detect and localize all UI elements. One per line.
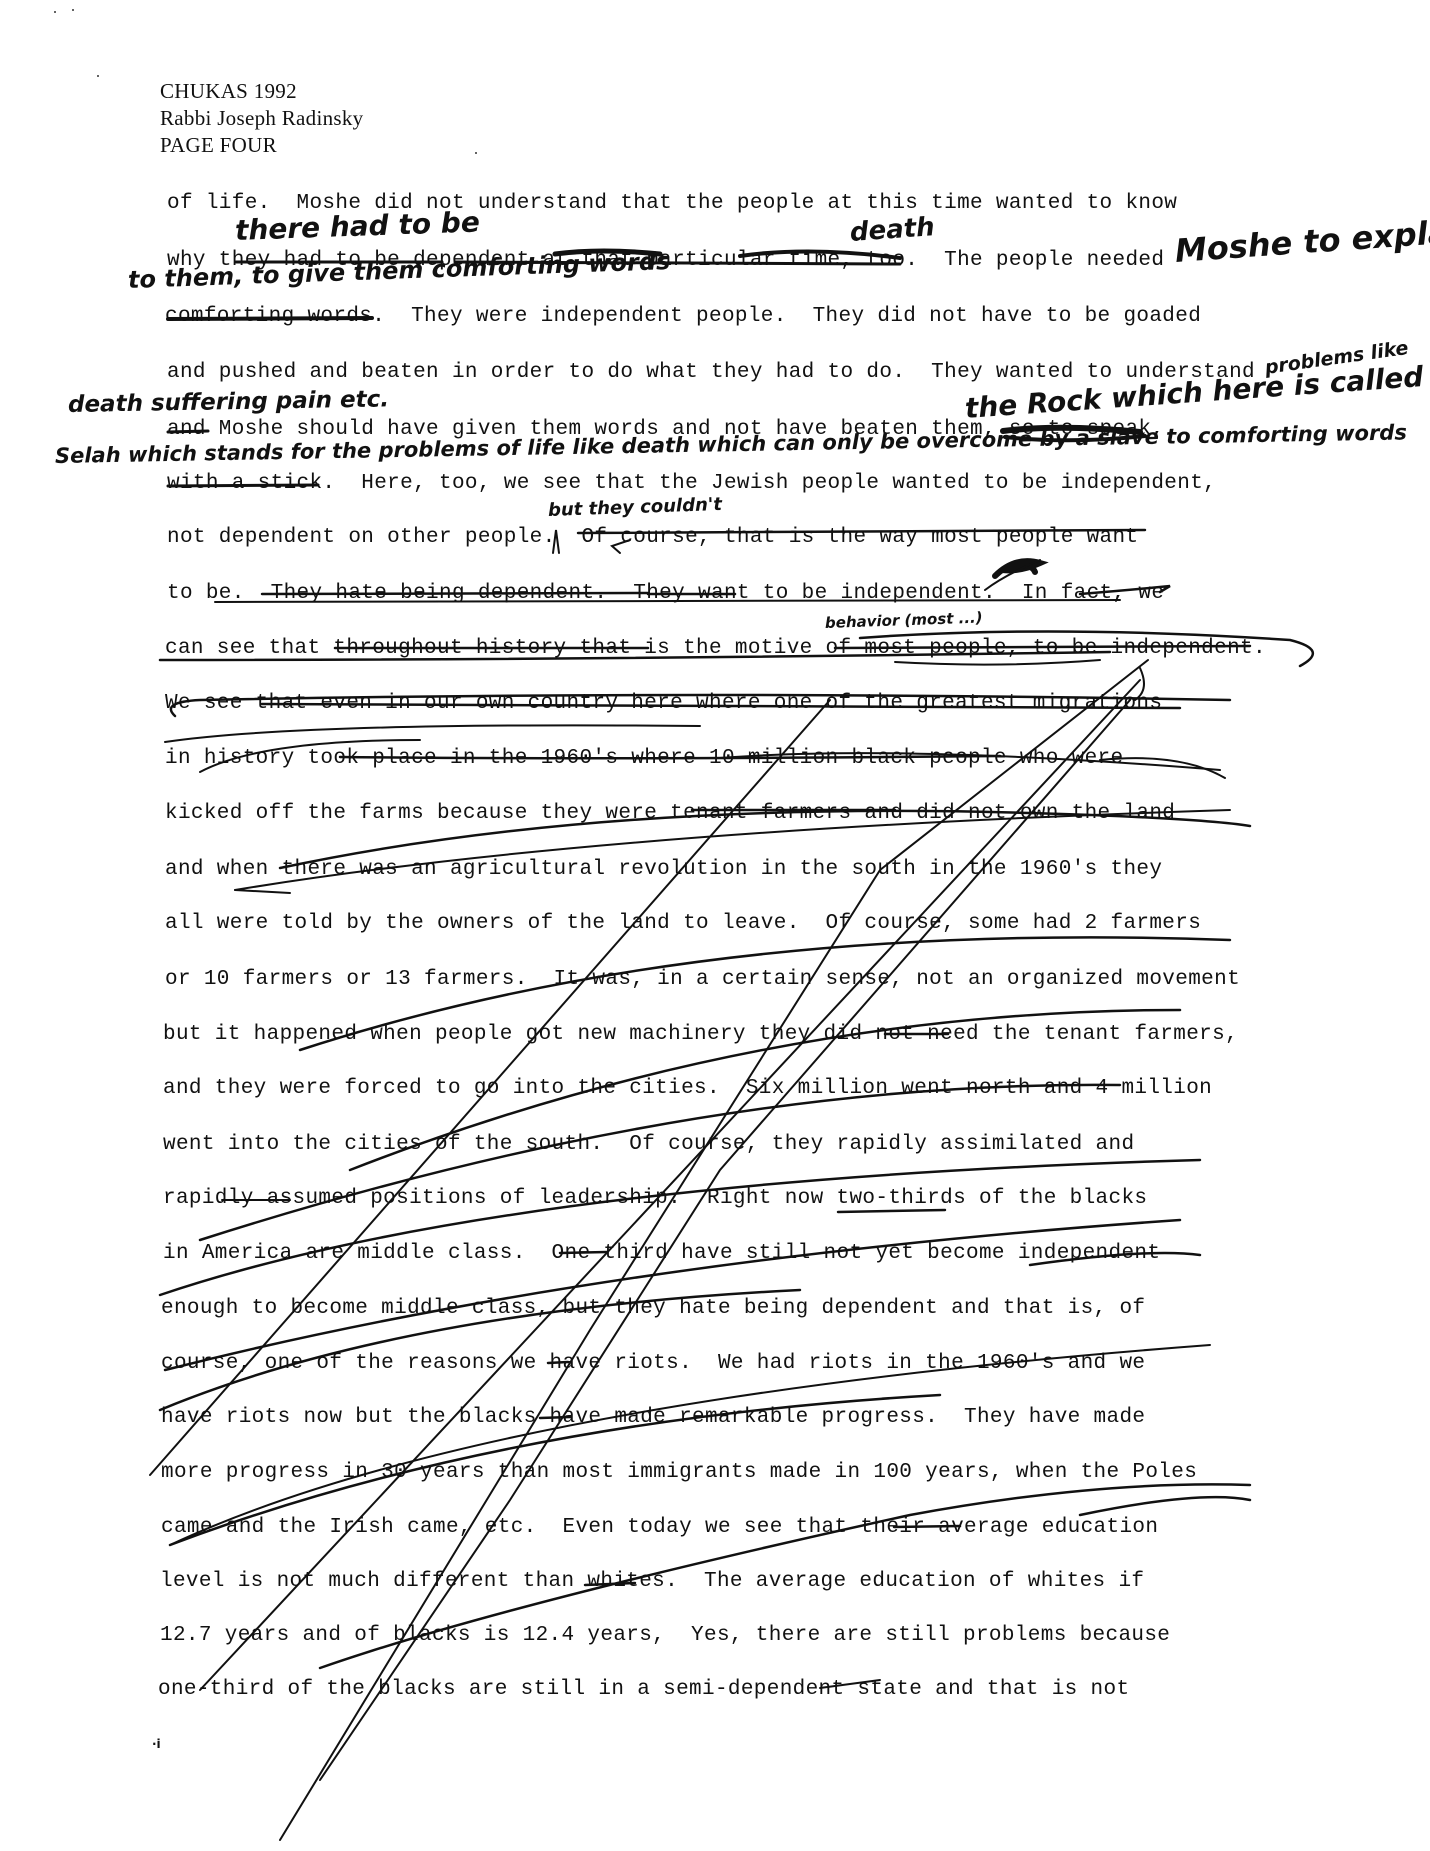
body-line: course, one of the reasons we have riots… xyxy=(161,1352,1145,1375)
body-line: in history took place in the 1960's wher… xyxy=(165,747,1123,770)
body-line: all were told by the owners of the land … xyxy=(165,912,1201,935)
body-line: but it happened when people got new mach… xyxy=(163,1023,1238,1046)
footer-mark: ·i xyxy=(152,1737,161,1751)
body-line: went into the cities of the south. Of co… xyxy=(163,1133,1134,1156)
body-line: and they were forced to go into the citi… xyxy=(163,1077,1212,1100)
body-line: 12.7 years and of blacks is 12.4 years, … xyxy=(160,1624,1170,1647)
body-line: can see that throughout history that is … xyxy=(165,637,1266,660)
body-line: enough to become middle class, but they … xyxy=(161,1297,1145,1320)
handwritten-note: behavior (most ...) xyxy=(825,609,983,632)
body-line: with a stick. Here, too, we see that the… xyxy=(167,472,1216,495)
scan-speck xyxy=(72,9,74,11)
body-line: or 10 farmers or 13 farmers. It was, in … xyxy=(165,968,1240,991)
body-line: came and the Irish came, etc. Even today… xyxy=(161,1516,1158,1539)
handwritten-note: Moshe to explain xyxy=(1174,211,1430,270)
body-line: and when there was an agricultural revol… xyxy=(165,858,1162,881)
header-page: PAGE FOUR xyxy=(160,133,277,158)
body-line: not dependent on other people. Of course… xyxy=(167,526,1138,549)
header-title: CHUKAS 1992 xyxy=(160,79,297,104)
body-line: rapidly assumed positions of leadership.… xyxy=(163,1187,1147,1210)
body-line: have riots now but the blacks have made … xyxy=(161,1406,1145,1429)
body-line: to be. They hate being dependent. They w… xyxy=(167,582,1164,605)
body-line: comforting words. They were independent … xyxy=(165,305,1201,328)
handwritten-note: death xyxy=(849,212,936,248)
handwritten-note: death suffering pain etc. xyxy=(68,386,389,418)
scan-speck xyxy=(97,75,99,77)
body-line: and pushed and beaten in order to do wha… xyxy=(167,361,1255,384)
body-line: We see that even in our own country here… xyxy=(165,692,1162,715)
scan-speck xyxy=(475,152,477,154)
body-line: level is not much different than whites.… xyxy=(160,1570,1144,1593)
handwritten-note: but they couldn't xyxy=(548,494,723,521)
body-line: in America are middle class. One-third h… xyxy=(163,1242,1160,1265)
scan-speck xyxy=(54,11,56,13)
body-line: kicked off the farms because they were t… xyxy=(165,802,1175,825)
header-author: Rabbi Joseph Radinsky xyxy=(160,106,363,131)
body-line: more progress in 30 years than most immi… xyxy=(161,1461,1197,1484)
body-line: one-third of the blacks are still in a s… xyxy=(158,1678,1129,1701)
document-page: CHUKAS 1992 Rabbi Joseph Radinsky PAGE F… xyxy=(0,0,1430,1851)
